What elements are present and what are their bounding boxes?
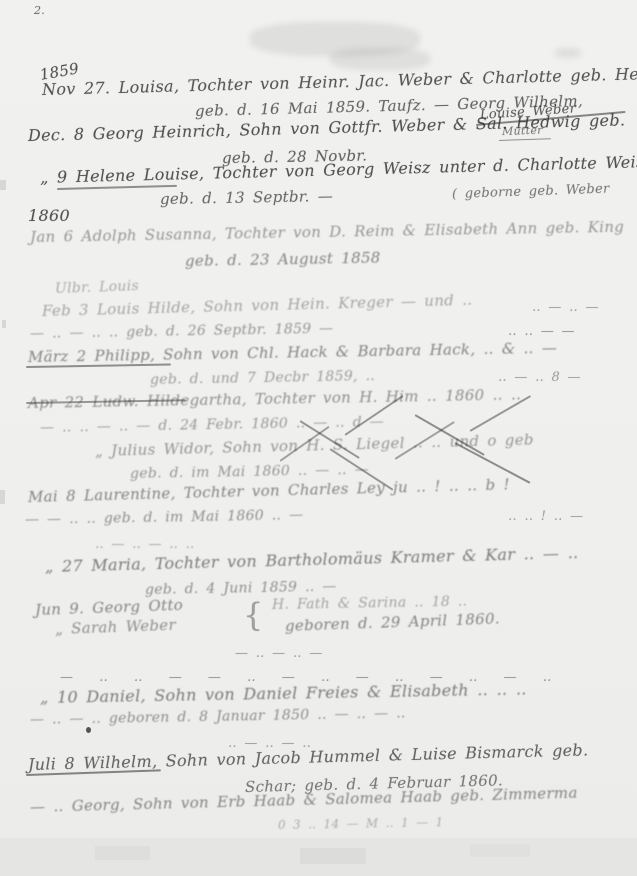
marginal-note: ( geborne geb. Weber (452, 182, 610, 202)
dash-fragment: — ‥ — ‥ — (235, 646, 323, 661)
scan-smudge (555, 48, 581, 58)
scan-bottom-band (0, 838, 637, 876)
scan-edge-speck (0, 490, 5, 504)
scan-edge-speck (0, 180, 6, 190)
register-line: Ulbr. Louis (55, 278, 140, 297)
scanned-register-page: 2. 1859 Nov 27. Louisa, Tochter von Hein… (0, 0, 637, 876)
register-line: Jan 6 Adolph Susanna, Tochter von D. Rei… (30, 218, 624, 246)
register-line: geboren d. 29 April 1860. (285, 610, 500, 635)
register-line: — ‥ — ‥ ‥ geb. d. 26 Septbr. 1859 — (30, 321, 334, 342)
underline-mark (499, 138, 551, 141)
scan-smudge (330, 48, 430, 70)
twin-brace: { (243, 596, 264, 634)
dash-fragment: ‥ ‥ ! ‥ — (508, 509, 583, 524)
ghost-fragment: 0 3 ‥ 14 — M ‥ 1 — 1 (278, 815, 444, 832)
register-line: Apr 22 Ludw. Hildegartha, Tochter von H.… (28, 385, 522, 412)
register-line: H. Fath & Sarina ‥ 18 ‥ (272, 594, 468, 613)
register-line: geb. d. 23 August 1858 (185, 249, 381, 270)
dash-fragment: ‥ — ‥ 8 — (498, 370, 581, 385)
register-line: Mai 8 Laurentine, Tochter von Charles Le… (28, 475, 510, 506)
register-line: März 2 Philipp, Sohn von Chl. Hack & Bar… (28, 339, 557, 366)
dash-fragment: ‥ ‥ — — (508, 324, 575, 339)
register-line: geb. d. 13 Septbr. — (160, 187, 333, 208)
ink-blot (86, 727, 91, 733)
dash-fragment: ‥ — ‥ — (532, 300, 599, 315)
twin-name-line: „ Sarah Weber (55, 616, 176, 638)
register-line: — — ‥ ‥ geb. d. im Mai 1860 ‥ — (25, 507, 304, 528)
dash-fragment: ‥ — ‥ — ‥ ‥ (95, 537, 195, 552)
page-number: 2. (34, 4, 45, 17)
scan-edge-speck (2, 320, 6, 328)
register-line: — ‥ ‥ — ‥ — d. 24 Febr. 1860 ‥ — ‥ d — (40, 414, 384, 436)
register-line: geb. d. und 7 Decbr 1859, ‥ (150, 368, 375, 388)
year-label-1860: 1860 (28, 206, 70, 225)
register-line: geb. d. im Mai 1860 ‥ — ‥ — (130, 462, 369, 482)
register-line: — ‥ — ‥ geboren d. 8 Januar 1850 ‥ — ‥ —… (30, 705, 406, 728)
register-line: geb. d. 4 Juni 1859 ‥ — (145, 579, 337, 598)
